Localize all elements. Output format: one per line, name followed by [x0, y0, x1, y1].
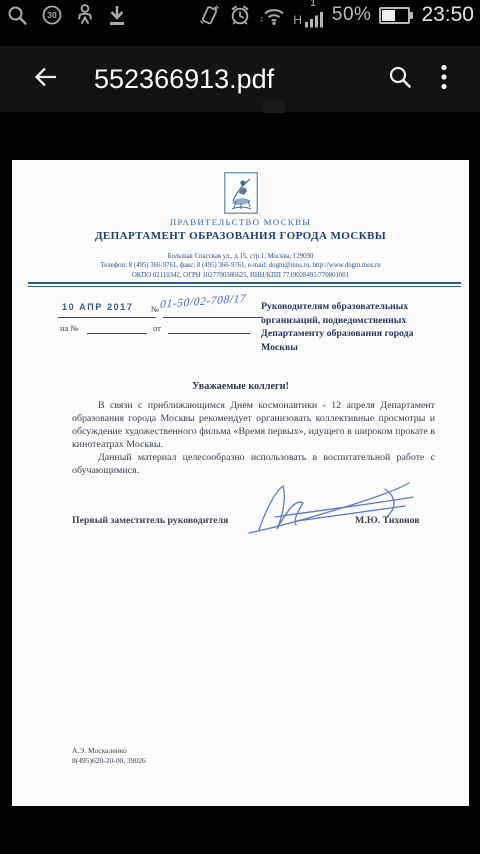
- status-bar: 30 H 1 50% 23:50: [0, 0, 480, 30]
- address-line: ОКПО 02110342, ОГРН 1027700386625, ИНН/К…: [12, 271, 469, 280]
- search-icon: [6, 4, 28, 26]
- back-arrow-icon: [32, 63, 60, 96]
- salutation: Уважаемые коллеги!: [12, 381, 469, 392]
- clock-label: 23:50: [421, 3, 474, 27]
- executor-contact: А.Э. Москаленко 8(495)620-20-00, 39026: [72, 746, 146, 766]
- battery-tip: [410, 12, 413, 19]
- badge-30-icon: 30: [41, 4, 63, 26]
- status-bar-left: 30: [6, 3, 127, 27]
- wifi-icon: [259, 5, 285, 26]
- download-icon: [107, 4, 127, 27]
- back-button[interactable]: [26, 59, 66, 99]
- number-underline: [163, 317, 263, 318]
- alarm-icon: [229, 4, 251, 26]
- app-toolbar: 552366913.pdf: [0, 46, 480, 112]
- signer-position: Первый заместитель руководителя: [72, 515, 228, 526]
- previous-page-edge: [263, 100, 285, 113]
- status-bar-right: H 1 50% 23:50: [198, 2, 474, 28]
- reply-number-underline: [87, 333, 147, 334]
- signal-sim-badge: 1: [310, 0, 316, 9]
- signature-ink-icon: [237, 476, 422, 538]
- network-type-label: H: [293, 14, 302, 28]
- date-stamp: 10 АПР 2017: [62, 302, 134, 312]
- battery-fill: [382, 10, 394, 21]
- letter-body: В связи с приближающимся Днем космонавти…: [72, 399, 435, 477]
- document-title: 552366913.pdf: [94, 64, 378, 95]
- battery-percent-label: 50%: [332, 4, 372, 26]
- odnoklassniki-icon: [76, 3, 94, 27]
- number-sign: №: [151, 304, 159, 314]
- svg-text:30: 30: [47, 10, 57, 20]
- reply-date-underline: [168, 333, 250, 334]
- vibrate-icon: [198, 4, 221, 26]
- recipient-block: Руководителям образовательных организаци…: [261, 300, 443, 354]
- search-button[interactable]: [378, 57, 422, 101]
- executor-phone: 8(495)620-20-00, 39026: [72, 756, 146, 766]
- handwritten-number: 01-50/02-708/17: [160, 291, 271, 311]
- battery-icon: [379, 7, 410, 24]
- search-icon: [387, 64, 413, 95]
- pdf-viewer[interactable]: ПРАВИТЕЛЬСТВО МОСКВЫ ДЕПАРТАМЕНТ ОБРАЗОВ…: [0, 112, 480, 854]
- reply-number-label: на №: [60, 323, 79, 333]
- department-title: ДЕПАРТАМЕНТ ОБРАЗОВАНИЯ ГОРОДА МОСКВЫ: [12, 230, 469, 242]
- address-line: Телефон: 8 (495) 366-9761, факс: 8 (495)…: [12, 261, 469, 270]
- overflow-menu-button[interactable]: [422, 57, 466, 101]
- signal-bars-icon: H 1: [293, 2, 324, 28]
- address-line: Большая Спасская ул., д.15, стр.1, Москв…: [12, 252, 469, 261]
- executor-name: А.Э. Москаленко: [72, 746, 146, 756]
- overflow-menu-icon: [440, 63, 448, 96]
- government-title: ПРАВИТЕЛЬСТВО МОСКВЫ: [12, 217, 469, 227]
- pdf-page[interactable]: ПРАВИТЕЛЬСТВО МОСКВЫ ДЕПАРТАМЕНТ ОБРАЗОВ…: [12, 160, 469, 806]
- moscow-coat-of-arms-icon: [224, 172, 258, 214]
- letterhead-address: Большая Спасская ул., д.15, стр.1, Москв…: [12, 252, 469, 280]
- signer-name: М.Ю. Тихонов: [355, 515, 420, 526]
- reply-date-label: от: [153, 323, 161, 333]
- body-paragraph: Данный материал целесообразно использова…: [72, 451, 435, 477]
- date-underline: [58, 317, 156, 318]
- body-paragraph: В связи с приближающимся Днем космонавти…: [72, 399, 435, 451]
- letterhead-divider: [28, 282, 461, 287]
